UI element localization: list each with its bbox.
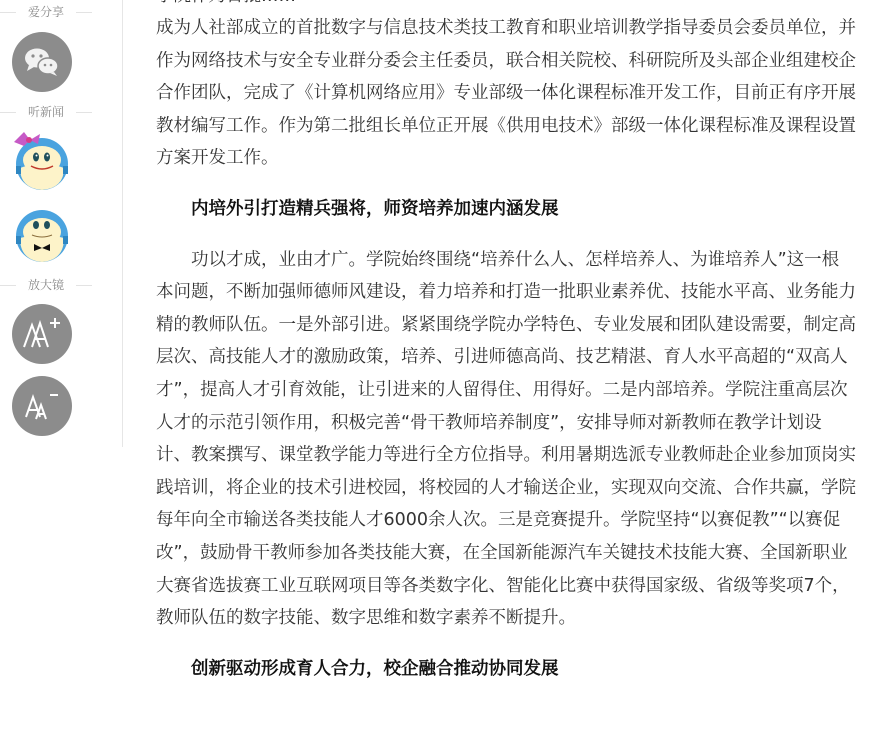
- female-mascot-voice-icon: [12, 130, 72, 192]
- font-decrease-icon: [22, 389, 62, 423]
- font-decrease-button[interactable]: [12, 376, 72, 436]
- section-heading: 创新驱动形成育人合力，校企融合推动协同发展: [156, 653, 856, 686]
- male-mascot-voice-icon: [12, 204, 72, 266]
- listen-female-voice-button[interactable]: [12, 130, 72, 190]
- wechat-share-button[interactable]: [12, 32, 72, 92]
- article-partial-line: 学院作为首批……: [156, 0, 856, 12]
- article-tool-sidebar: 爱分享 听新闻: [0, 0, 123, 447]
- article-paragraph: 功以才成，业由才广。学院始终围绕“培养什么人、怎样培养人、为谁培养人”这一根本问…: [156, 244, 856, 635]
- font-increase-button[interactable]: [12, 304, 72, 364]
- wechat-icon: [24, 47, 60, 77]
- magnifier-section-label: 放大镜: [0, 278, 92, 292]
- article-paragraph: 成为人社部成立的首批数字与信息技术类技工教育和职业培训教学指导委员会委员单位，并…: [156, 12, 856, 175]
- listen-section-label: 听新闻: [0, 105, 92, 119]
- article-body: 学院作为首批…… 成为人社部成立的首批数字与信息技术类技工教育和职业培训教学指导…: [156, 0, 856, 703]
- listen-male-voice-button[interactable]: [12, 204, 72, 264]
- section-heading: 内培外引打造精兵强将，师资培养加速内涵发展: [156, 193, 856, 226]
- share-section-label: 爱分享: [0, 5, 92, 19]
- font-increase-icon: [22, 317, 62, 351]
